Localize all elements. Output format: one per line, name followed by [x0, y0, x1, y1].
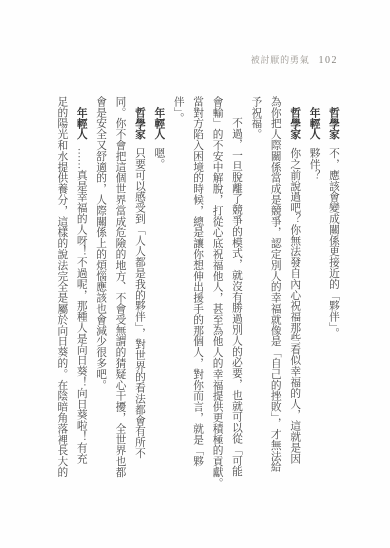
- speaker-label: 年輕人: [76, 107, 88, 140]
- speaker-label: 年輕人: [153, 107, 165, 140]
- column-text: 夥伴？: [309, 148, 321, 181]
- text-column: 同。你不會把這個世界當成危險的地方、不會受無謂的猜疑心干擾，全世界也都: [110, 96, 129, 484]
- text-column: 哲學家只要可以感受到「人人都是我的夥伴」，對世界的看法都會有所不: [130, 96, 149, 484]
- column-text: 為你把人際關係當成是競爭，認定別人的幸福就像是「自己的挫敗」，才無法給: [270, 96, 282, 472]
- column-text: 會輸」的不安中解脫，打從心底祝福他人，甚至為他人的幸福提供更積極的貢獻。: [212, 96, 224, 488]
- speaker-label: 哲學家: [289, 107, 301, 140]
- column-text: 不過，一旦脫離了競爭的模式，就沒有勝過別人的必要，也就可以從「可能: [231, 117, 243, 477]
- text-column: 年輕人嗯。: [149, 96, 168, 484]
- column-text: ……真是幸福的人呀！不過呢，那種人是向日葵！向日葵啦！有充: [76, 148, 88, 464]
- column-text: 嗯。: [153, 148, 165, 170]
- speaker-label: 哲學家: [328, 107, 340, 140]
- page-number: 102: [319, 55, 339, 66]
- column-text: 予祝福。: [250, 96, 262, 140]
- running-head: 被討厭的勇氣 102: [251, 53, 338, 66]
- column-text: 不，應該會變成關係更接近的「夥伴」。: [328, 148, 340, 339]
- text-column: 足的陽光和水提供養分，這樣的說法完全是屬於向日葵的。在陰暗角落裡長大的: [52, 96, 71, 484]
- page-text-block: 哲學家不，應該會變成關係更接近的「夥伴」。 年輕人夥伴？ 哲學家你之前說過吧？你…: [51, 96, 343, 484]
- text-column: 不過，一旦脫離了競爭的模式，就沒有勝過別人的必要，也就可以從「可能: [227, 96, 246, 484]
- column-text: 只要可以感受到「人人都是我的夥伴」，對世界的看法都會有所不: [134, 148, 146, 459]
- text-column: 年輕人……真是幸福的人呀！不過呢，那種人是向日葵！向日葵啦！有充: [71, 96, 90, 484]
- text-column: 伴」。: [168, 96, 187, 484]
- text-column: 哲學家你之前說過吧？你無法發自內心祝福那些看似幸福的人，這就是因: [285, 96, 304, 484]
- text-column: 年輕人夥伴？: [304, 96, 323, 484]
- text-column: 為你把人際關係當成是競爭，認定別人的幸福就像是「自己的挫敗」，才無法給: [265, 96, 284, 484]
- text-column: 當對方陷入困境的時候，總是讓你想伸出援手的那個人，對你而言，就是「夥: [188, 96, 207, 484]
- speaker-label: 年輕人: [309, 107, 321, 140]
- column-text: 同。你不會把這個世界當成危險的地方、不會受無謂的猜疑心干擾，全世界也都: [115, 96, 127, 478]
- column-text: 會是安全又舒適的，人際關係上的煩惱應該也會減少很多吧。: [95, 96, 107, 390]
- text-column: 會是安全又舒適的，人際關係上的煩惱應該也會減少很多吧。: [91, 96, 110, 484]
- column-text: 足的陽光和水提供養分，這樣的說法完全是屬於向日葵的。在陰暗角落裡長大的: [56, 96, 68, 478]
- column-text: 你之前說過吧？你無法發自內心祝福那些看似幸福的人，這就是因: [289, 148, 301, 464]
- speaker-label: 哲學家: [134, 107, 146, 140]
- column-text: 當對方陷入困境的時候，總是讓你想伸出援手的那個人，對你而言，就是「夥: [192, 96, 204, 467]
- text-column: 予祝福。: [246, 96, 265, 484]
- column-text: 伴」。: [173, 96, 185, 123]
- text-column: 會輸」的不安中解脫，打從心底祝福他人，甚至為他人的幸福提供更積極的貢獻。: [207, 96, 226, 484]
- text-column: 哲學家不，應該會變成關係更接近的「夥伴」。: [324, 96, 343, 484]
- book-title: 被討厭的勇氣: [251, 53, 310, 66]
